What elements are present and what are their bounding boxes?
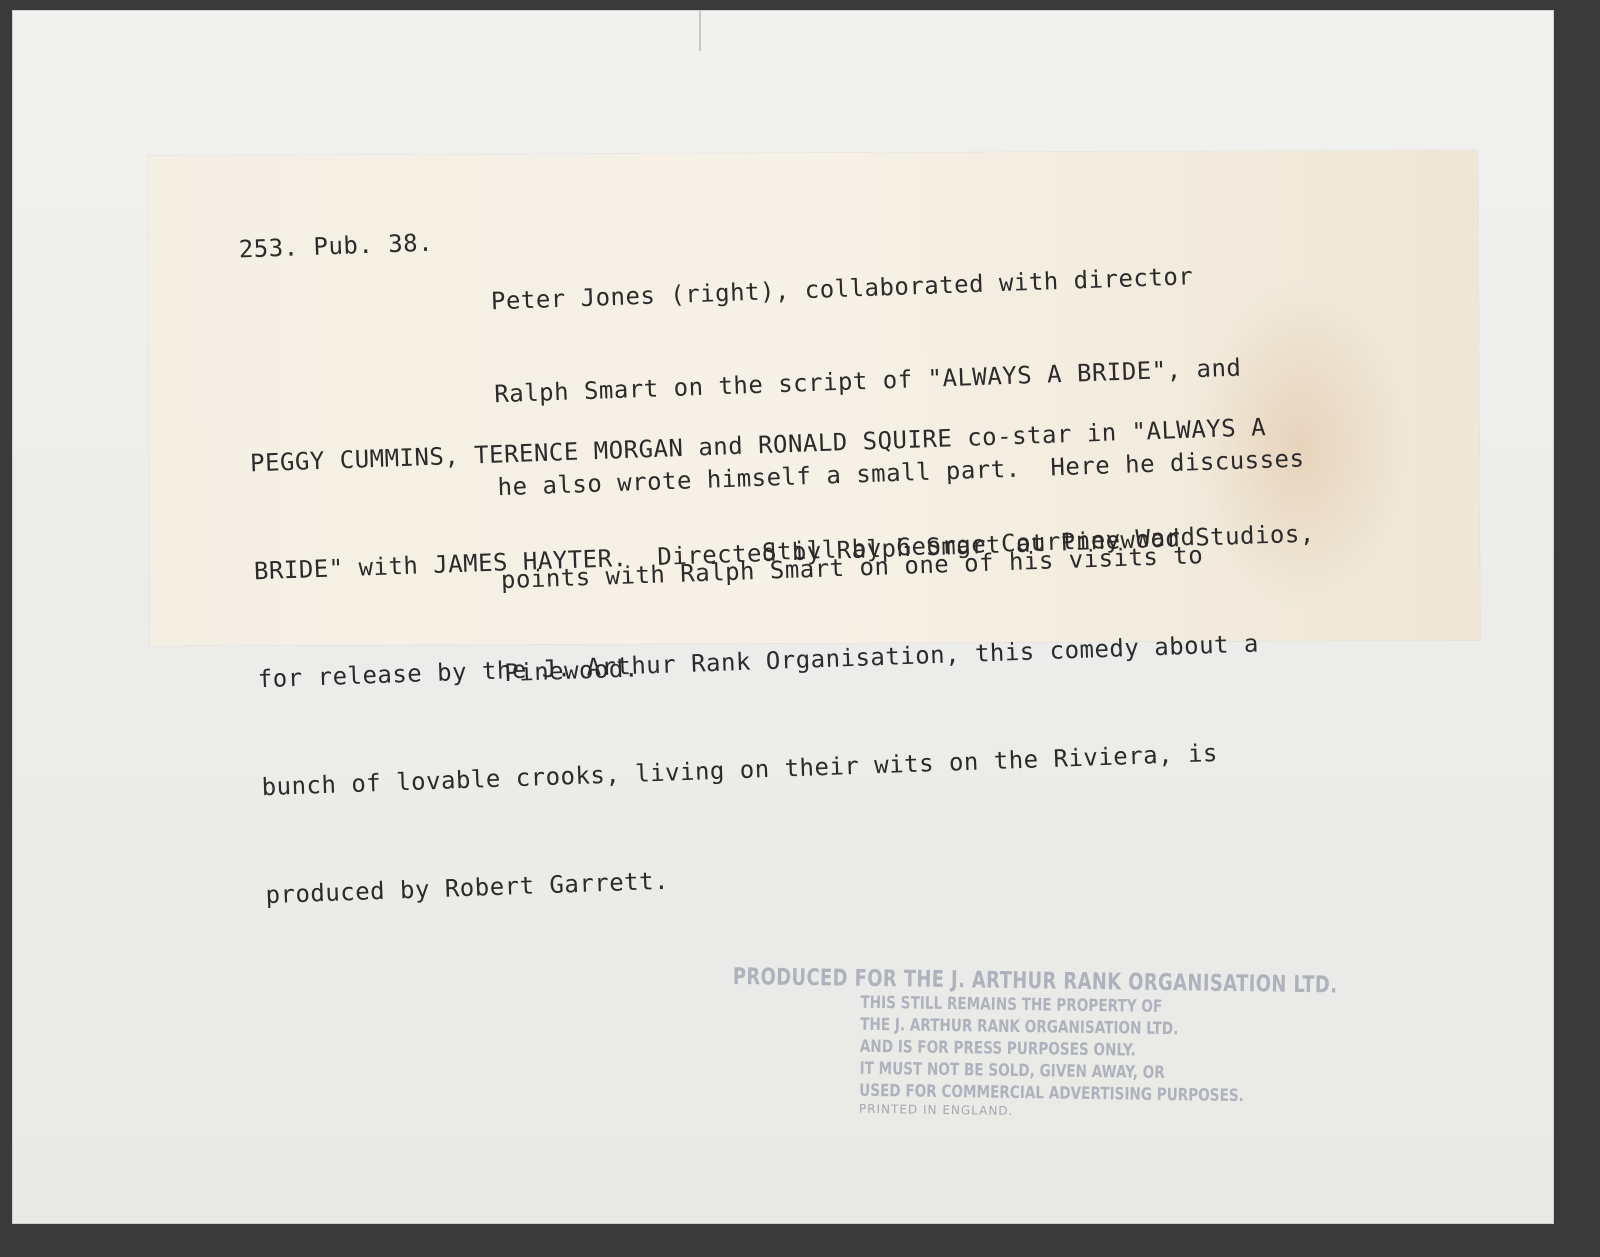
photo-back-sheet: 253. Pub. 38. Peter Jones (right), colla… <box>12 10 1554 1224</box>
rank-organisation-stamp: PRODUCED FOR THE J. ARTHUR RANK ORGANISA… <box>731 964 1508 1125</box>
paper-crease <box>699 11 701 51</box>
synopsis-line: bunch of lovable crooks, living on their… <box>261 731 1323 805</box>
caption-line: Peter Jones (right), collaborated with d… <box>490 258 1298 318</box>
synopsis-line: produced by Robert Garrett. <box>265 839 1327 913</box>
typed-caption-label: 253. Pub. 38. Peter Jones (right), colla… <box>148 150 1480 646</box>
reference-number: 253. Pub. 38. <box>238 229 433 264</box>
synopsis-line: PEGGY CUMMINS, TERENCE MORGAN and RONALD… <box>249 407 1311 481</box>
synopsis-line: for release by the J. Arthur Rank Organi… <box>257 623 1319 697</box>
stamp-body: THIS STILL REMAINS THE PROPERTY OF THE J… <box>859 992 1378 1109</box>
synopsis-paragraph: PEGGY CUMMINS, TERENCE MORGAN and RONALD… <box>247 336 1330 986</box>
